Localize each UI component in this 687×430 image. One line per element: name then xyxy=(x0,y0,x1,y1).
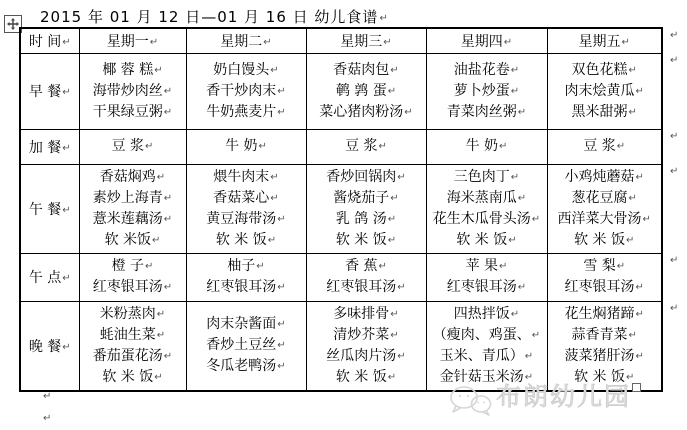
menu-line: 香炒回锅肉↵ xyxy=(309,167,424,188)
paragraph-mark: ↵ xyxy=(397,282,405,293)
menu-cell: 肉末杂酱面↵香炒土豆丝↵冬瓜老鸭汤↵ xyxy=(186,301,306,391)
paragraph-mark: ↵ xyxy=(164,107,172,118)
menu-line: 香 蕉↵ xyxy=(309,256,424,277)
paragraph-mark: ↵ xyxy=(164,193,172,204)
menu-cell: 奶白馒头↵香干炒肉末↵牛奶燕麦片↵ xyxy=(186,53,306,129)
paragraph-mark: ↵ xyxy=(145,141,153,152)
menu-line: 素炒上海青↵ xyxy=(82,188,184,209)
paragraph-mark: ↵ xyxy=(518,282,526,293)
menu-cell: 豆 浆↵ xyxy=(79,129,186,164)
column-header-time: 时 间↵ xyxy=(20,28,79,53)
menu-line: 小鸡炖蘑菇↵ xyxy=(550,167,660,188)
paragraph-mark: ↵ xyxy=(164,86,172,97)
paragraph-mark: ↵ xyxy=(150,37,158,48)
document-title-line: 2015 年 01 月 12 日—01 月 16 日 幼儿食谱↵ xyxy=(40,6,389,26)
menu-cell: 多味排骨↵清炒芥菜↵丝瓜肉片汤↵软 米 饭↵ xyxy=(306,301,426,391)
menu-line: 红枣银耳汤↵ xyxy=(309,277,424,298)
paragraph-mark: ↵ xyxy=(164,282,172,293)
menu-line: 煨牛肉末↵ xyxy=(189,167,304,188)
paragraph-mark: ↵ xyxy=(388,235,396,246)
paragraph-mark: ↵ xyxy=(268,235,276,246)
menu-cell: 小鸡炖蘑菇↵葱花豆腐↵西洋菜大骨汤↵软 米 饭↵ xyxy=(547,164,662,253)
menu-cell: 油盐花卷↵萝卜炒蛋↵青菜肉丝粥↵ xyxy=(426,53,547,129)
menu-table: 时 间↵星期一↵星期二↵星期三↵星期四↵星期五↵ 早 餐↵椰 蓉 糕↵海带炒肉丝… xyxy=(19,27,663,392)
paragraph-mark: ↵ xyxy=(43,413,51,424)
kindergarten-watermark: 布朗幼儿园 xyxy=(448,382,641,420)
paragraph-mark: ↵ xyxy=(636,309,644,320)
menu-cell: 香炒回锅肉↵酱烧茄子↵乳 鸽 汤↵软 米 饭↵ xyxy=(306,164,426,253)
menu-line: 软 米饭↵ xyxy=(82,230,184,251)
paragraph-mark: ↵ xyxy=(622,37,630,48)
paragraph-mark: ↵ xyxy=(629,193,637,204)
paragraph-mark: ↵ xyxy=(43,391,51,402)
menu-line: 香炒土豆丝↵ xyxy=(189,335,304,356)
wechat-bubbles-icon xyxy=(448,386,492,420)
paragraph-mark: ↵ xyxy=(62,342,70,353)
menu-line: 红枣银耳汤↵ xyxy=(429,277,545,298)
menu-row: 加 餐↵豆 浆↵牛 奶↵豆 浆↵牛 奶↵豆 浆↵ xyxy=(20,129,662,164)
paragraph-mark: ↵ xyxy=(390,309,398,320)
menu-line: 软 米 饭↵ xyxy=(309,367,424,388)
paragraph-mark: ↵ xyxy=(617,261,625,272)
paragraph-mark: ↵ xyxy=(379,13,388,24)
meal-row-label: 午 点↵ xyxy=(20,253,79,301)
column-header-day: 星期五↵ xyxy=(547,28,662,53)
menu-line: 干果绿豆粥↵ xyxy=(82,102,184,123)
menu-row: 午 餐↵香菇焖鸡↵素炒上海青↵薏米莲藕汤↵软 米饭↵煨牛肉末↵香菇菜心↵黄豆海带… xyxy=(20,164,662,253)
paragraph-mark: ↵ xyxy=(390,65,398,76)
menu-cell: 香菇焖鸡↵素炒上海青↵薏米莲藕汤↵软 米饭↵ xyxy=(79,164,186,253)
paragraph-mark: ↵ xyxy=(670,131,678,142)
paragraph-mark: ↵ xyxy=(270,172,278,183)
paragraph-mark: ↵ xyxy=(504,37,512,48)
menu-line: 香菇菜心↵ xyxy=(189,188,304,209)
paragraph-mark: ↵ xyxy=(277,282,285,293)
paragraph-mark: ↵ xyxy=(390,330,398,341)
paragraph-mark: ↵ xyxy=(636,172,644,183)
paragraph-mark: ↵ xyxy=(277,214,285,225)
menu-cell: 豆 浆↵ xyxy=(547,129,662,164)
menu-line: 冬瓜老鸭汤↵ xyxy=(189,356,304,377)
menu-line: 柚子↵ xyxy=(189,256,304,277)
menu-line: 肉末烩黄瓜↵ xyxy=(550,81,660,102)
paragraph-mark: ↵ xyxy=(388,372,396,383)
paragraph-mark: ↵ xyxy=(404,107,412,118)
paragraph-mark: ↵ xyxy=(277,107,285,118)
menu-line: 豆 浆↵ xyxy=(550,136,660,157)
menu-line: 黄豆海带汤↵ xyxy=(189,209,304,230)
paragraph-mark: ↵ xyxy=(62,273,70,284)
menu-line: 玉米、青瓜）↵ xyxy=(429,346,545,367)
paragraph-mark: ↵ xyxy=(270,65,278,76)
menu-line: （瘦肉、鸡蛋、↵ xyxy=(429,325,545,346)
paragraph-mark: ↵ xyxy=(277,340,285,351)
menu-line: 西洋菜大骨汤↵ xyxy=(550,209,660,230)
menu-line: 软 米 饭↵ xyxy=(550,230,660,251)
menu-cell: 花生焖猪蹄↵蒜香青菜↵菠菜猪肝汤↵软 米 饭↵ xyxy=(547,301,662,391)
paragraph-mark: ↵ xyxy=(277,319,285,330)
menu-line: 油盐花卷↵ xyxy=(429,60,545,81)
menu-line: 三色肉丁↵ xyxy=(429,167,545,188)
menu-cell: 橙 子↵红枣银耳汤↵ xyxy=(79,253,186,301)
document-title: 2015 年 01 月 12 日—01 月 16 日 幼儿食谱 xyxy=(40,8,378,26)
paragraph-mark: ↵ xyxy=(508,235,516,246)
paragraph-mark: ↵ xyxy=(259,141,267,152)
menu-line: 椰 蓉 糕↵ xyxy=(82,60,184,81)
menu-row: 晚 餐↵米粉蒸肉↵蚝油生菜↵番茄蛋花汤↵软 米 饭↵肉末杂酱面↵香炒土豆丝↵冬瓜… xyxy=(20,301,662,391)
paragraph-mark: ↵ xyxy=(518,107,526,118)
paragraph-mark: ↵ xyxy=(636,86,644,97)
paragraph-mark: ↵ xyxy=(670,166,678,177)
menu-line: 红枣银耳汤↵ xyxy=(550,277,660,298)
paragraph-mark: ↵ xyxy=(62,205,70,216)
paragraph-mark: ↵ xyxy=(164,351,172,362)
paragraph-mark: ↵ xyxy=(157,309,165,320)
menu-cell: 豆 浆↵ xyxy=(306,129,426,164)
menu-line: 软 米 饭↵ xyxy=(189,230,304,251)
menu-line: 软 米 饭↵ xyxy=(429,230,545,251)
paragraph-mark: ↵ xyxy=(157,330,165,341)
paragraph-mark: ↵ xyxy=(511,65,519,76)
paragraph-mark: ↵ xyxy=(511,86,519,97)
menu-line: 牛 奶↵ xyxy=(189,136,304,157)
menu-line: 菠菜猪肝汤↵ xyxy=(550,346,660,367)
paragraph-mark: ↵ xyxy=(636,351,644,362)
paragraph-mark: ↵ xyxy=(511,172,519,183)
paragraph-mark: ↵ xyxy=(670,255,678,266)
paragraph-mark: ↵ xyxy=(62,87,70,98)
menu-line: 葱花豆腐↵ xyxy=(550,188,660,209)
paragraph-mark: ↵ xyxy=(397,172,405,183)
paragraph-mark: ↵ xyxy=(152,235,160,246)
menu-row: 午 点↵橙 子↵红枣银耳汤↵柚子↵红枣银耳汤↵香 蕉↵红枣银耳汤↵苹 果↵红枣银… xyxy=(20,253,662,301)
paragraph-mark: ↵ xyxy=(643,214,651,225)
menu-line: 肉末杂酱面↵ xyxy=(189,314,304,335)
paragraph-mark: ↵ xyxy=(511,309,519,320)
menu-line: 红枣银耳汤↵ xyxy=(82,277,184,298)
menu-line: 双色花糕↵ xyxy=(550,60,660,81)
menu-line: 番茄蛋花汤↵ xyxy=(82,346,184,367)
meal-row-label: 晚 餐↵ xyxy=(20,301,79,391)
menu-cell: 苹 果↵红枣银耳汤↵ xyxy=(426,253,547,301)
paragraph-mark: ↵ xyxy=(617,141,625,152)
menu-line: 红枣银耳汤↵ xyxy=(189,277,304,298)
paragraph-mark: ↵ xyxy=(277,86,285,97)
menu-line: 米粉蒸肉↵ xyxy=(82,304,184,325)
column-header-day: 星期四↵ xyxy=(426,28,547,53)
paragraph-mark: ↵ xyxy=(379,261,387,272)
menu-cell: 三色肉丁↵海米蒸南瓜↵花生木瓜骨头汤↵软 米 饭↵ xyxy=(426,164,547,253)
menu-line: 黑米甜粥↵ xyxy=(550,102,660,123)
paragraph-mark: ↵ xyxy=(532,214,540,225)
menu-line: 牛奶燕麦片↵ xyxy=(189,102,304,123)
paragraph-mark: ↵ xyxy=(390,193,398,204)
menu-line: 花生焖猪蹄↵ xyxy=(550,304,660,325)
menu-line: 奶白馒头↵ xyxy=(189,60,304,81)
document-page: 2015 年 01 月 12 日—01 月 16 日 幼儿食谱↵ 时 间↵星期一… xyxy=(0,0,687,430)
paragraph-mark: ↵ xyxy=(499,141,507,152)
menu-table-header: 时 间↵星期一↵星期二↵星期三↵星期四↵星期五↵ xyxy=(20,28,662,53)
menu-line: 多味排骨↵ xyxy=(309,304,424,325)
paragraph-mark: ↵ xyxy=(670,303,678,314)
paragraph-mark: ↵ xyxy=(626,235,634,246)
paragraph-mark: ↵ xyxy=(145,261,153,272)
menu-cell: 香菇肉包↵鹌 鹑 蛋↵菜心猪肉粉汤↵ xyxy=(306,53,426,129)
paragraph-mark: ↵ xyxy=(388,214,396,225)
menu-line: 豆 浆↵ xyxy=(82,136,184,157)
menu-line: 四热拌饭↵ xyxy=(429,304,545,325)
paragraph-mark: ↵ xyxy=(397,351,405,362)
paragraph-mark: ↵ xyxy=(518,193,526,204)
menu-cell: 米粉蒸肉↵蚝油生菜↵番茄蛋花汤↵软 米 饭↵ xyxy=(79,301,186,391)
paragraph-mark: ↵ xyxy=(525,351,533,362)
paragraph-mark: ↵ xyxy=(383,37,391,48)
paragraph-mark: ↵ xyxy=(388,86,396,97)
menu-cell: 椰 蓉 糕↵海带炒肉丝↵干果绿豆粥↵ xyxy=(79,53,186,129)
menu-row: 早 餐↵椰 蓉 糕↵海带炒肉丝↵干果绿豆粥↵奶白馒头↵香干炒肉末↵牛奶燕麦片↵香… xyxy=(20,53,662,129)
menu-line: 蒜香青菜↵ xyxy=(550,325,660,346)
meal-row-label: 午 餐↵ xyxy=(20,164,79,253)
menu-cell: 牛 奶↵ xyxy=(186,129,306,164)
menu-line: 牛 奶↵ xyxy=(429,136,545,157)
paragraph-mark: ↵ xyxy=(499,261,507,272)
menu-line: 香干炒肉末↵ xyxy=(189,81,304,102)
paragraph-mark: ↵ xyxy=(62,143,70,154)
menu-cell: 牛 奶↵ xyxy=(426,129,547,164)
meal-row-label: 加 餐↵ xyxy=(20,129,79,164)
menu-line: 乳 鸽 汤↵ xyxy=(309,209,424,230)
menu-line: 海带炒肉丝↵ xyxy=(82,81,184,102)
paragraph-mark: ↵ xyxy=(629,65,637,76)
column-header-day: 星期一↵ xyxy=(79,28,186,53)
move-arrows-icon xyxy=(7,15,19,34)
menu-line: 蚝油生菜↵ xyxy=(82,325,184,346)
menu-line: 海米蒸南瓜↵ xyxy=(429,188,545,209)
menu-cell: 双色花糕↵肉末烩黄瓜↵黑米甜粥↵ xyxy=(547,53,662,129)
menu-line: 雪 梨↵ xyxy=(550,256,660,277)
menu-line: 橙 子↵ xyxy=(82,256,184,277)
menu-cell: 雪 梨↵红枣银耳汤↵ xyxy=(547,253,662,301)
paragraph-mark: ↵ xyxy=(256,261,264,272)
paragraph-mark: ↵ xyxy=(263,37,271,48)
menu-cell: 香 蕉↵红枣银耳汤↵ xyxy=(306,253,426,301)
menu-line: 软 米 饭↵ xyxy=(309,230,424,251)
paragraph-mark: ↵ xyxy=(164,214,172,225)
paragraph-mark: ↵ xyxy=(270,193,278,204)
menu-line: 丝瓜肉片汤↵ xyxy=(309,346,424,367)
menu-line: 花生木瓜骨头汤↵ xyxy=(429,209,545,230)
menu-line: 苹 果↵ xyxy=(429,256,545,277)
menu-line: 青菜肉丝粥↵ xyxy=(429,102,545,123)
column-header-day: 星期二↵ xyxy=(186,28,306,53)
meal-row-label: 早 餐↵ xyxy=(20,53,79,129)
menu-line: 软 米 饭↵ xyxy=(82,367,184,388)
paragraph-mark: ↵ xyxy=(379,141,387,152)
menu-line: 豆 浆↵ xyxy=(309,136,424,157)
paragraph-mark: ↵ xyxy=(670,30,678,41)
paragraph-mark: ↵ xyxy=(532,330,540,341)
anchor-square-icon xyxy=(632,383,641,392)
paragraph-mark: ↵ xyxy=(154,65,162,76)
menu-line: 清炒芥菜↵ xyxy=(309,325,424,346)
paragraph-mark: ↵ xyxy=(629,107,637,118)
paragraph-mark: ↵ xyxy=(154,372,162,383)
menu-table-body: 早 餐↵椰 蓉 糕↵海带炒肉丝↵干果绿豆粥↵奶白馒头↵香干炒肉末↵牛奶燕麦片↵香… xyxy=(20,53,662,391)
menu-line: 萝卜炒蛋↵ xyxy=(429,81,545,102)
menu-line: 菜心猪肉粉汤↵ xyxy=(309,102,424,123)
menu-cell: 煨牛肉末↵香菇菜心↵黄豆海带汤↵软 米 饭↵ xyxy=(186,164,306,253)
paragraph-mark: ↵ xyxy=(62,37,70,48)
paragraph-mark: ↵ xyxy=(157,172,165,183)
menu-line: 酱烧茄子↵ xyxy=(309,188,424,209)
paragraph-mark: ↵ xyxy=(629,330,637,341)
menu-cell: 四热拌饭↵（瘦肉、鸡蛋、↵玉米、青瓜）↵金针菇玉米汤↵ xyxy=(426,301,547,391)
paragraph-mark: ↵ xyxy=(277,361,285,372)
menu-line: 鹌 鹑 蛋↵ xyxy=(309,81,424,102)
menu-cell: 柚子↵红枣银耳汤↵ xyxy=(186,253,306,301)
watermark-label: 布朗幼儿园 xyxy=(496,382,631,412)
paragraph-mark: ↵ xyxy=(670,55,678,66)
column-header-day: 星期三↵ xyxy=(306,28,426,53)
paragraph-mark: ↵ xyxy=(636,282,644,293)
menu-line: 香菇肉包↵ xyxy=(309,60,424,81)
menu-line: 薏米莲藕汤↵ xyxy=(82,209,184,230)
menu-line: 香菇焖鸡↵ xyxy=(82,167,184,188)
